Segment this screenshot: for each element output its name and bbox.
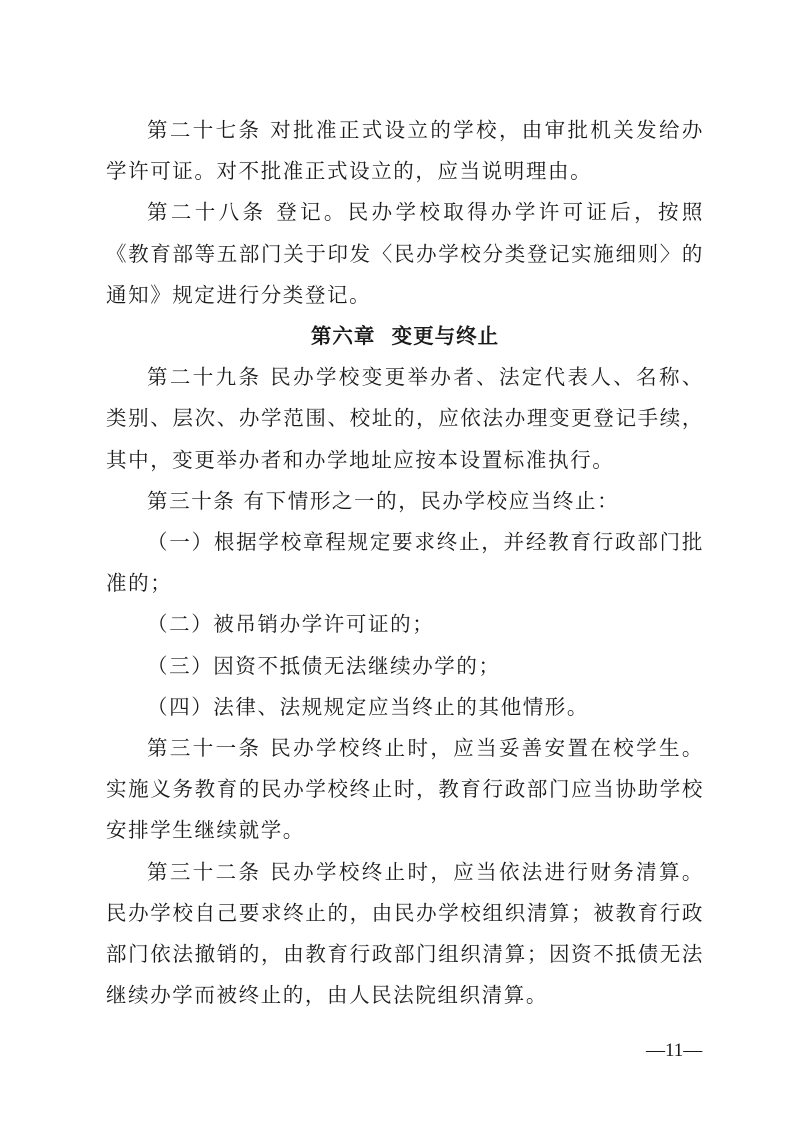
article-32: 第三十二条 民办学校终止时，应当依法进行财务清算。民办学校自己要求终止的，由民办…	[106, 852, 704, 1017]
list-item-4: （四）法律、法规规定应当终止的其他情形。	[106, 687, 704, 728]
list-item-1: （一）根据学校章程规定要求终止，并经教育行政部门批准的；	[106, 522, 704, 604]
chapter-heading: 第六章 变更与终止	[106, 316, 704, 357]
article-31: 第三十一条 民办学校终止时，应当妥善安置在校学生。实施义务教育的民办学校终止时，…	[106, 728, 704, 852]
article-29: 第二十九条 民办学校变更举办者、法定代表人、名称、类别、层次、办学范围、校址的，…	[106, 357, 704, 481]
list-item-2: （二）被吊销办学许可证的；	[106, 604, 704, 645]
page-number: —11—	[646, 1040, 702, 1062]
article-30: 第三十条 有下情形之一的，民办学校应当终止：	[106, 481, 704, 522]
document-page: 第二十七条 对批准正式设立的学校，由审批机关发给办学许可证。对不批准正式设立的，…	[0, 0, 793, 1122]
document-body: 第二十七条 对批准正式设立的学校，由审批机关发给办学许可证。对不批准正式设立的，…	[106, 110, 704, 1016]
article-28: 第二十八条 登记。民办学校取得办学许可证后，按照《教育部等五部门关于印发〈民办学…	[106, 192, 704, 316]
article-27: 第二十七条 对批准正式设立的学校，由审批机关发给办学许可证。对不批准正式设立的，…	[106, 110, 704, 192]
list-item-3: （三）因资不抵债无法继续办学的；	[106, 646, 704, 687]
